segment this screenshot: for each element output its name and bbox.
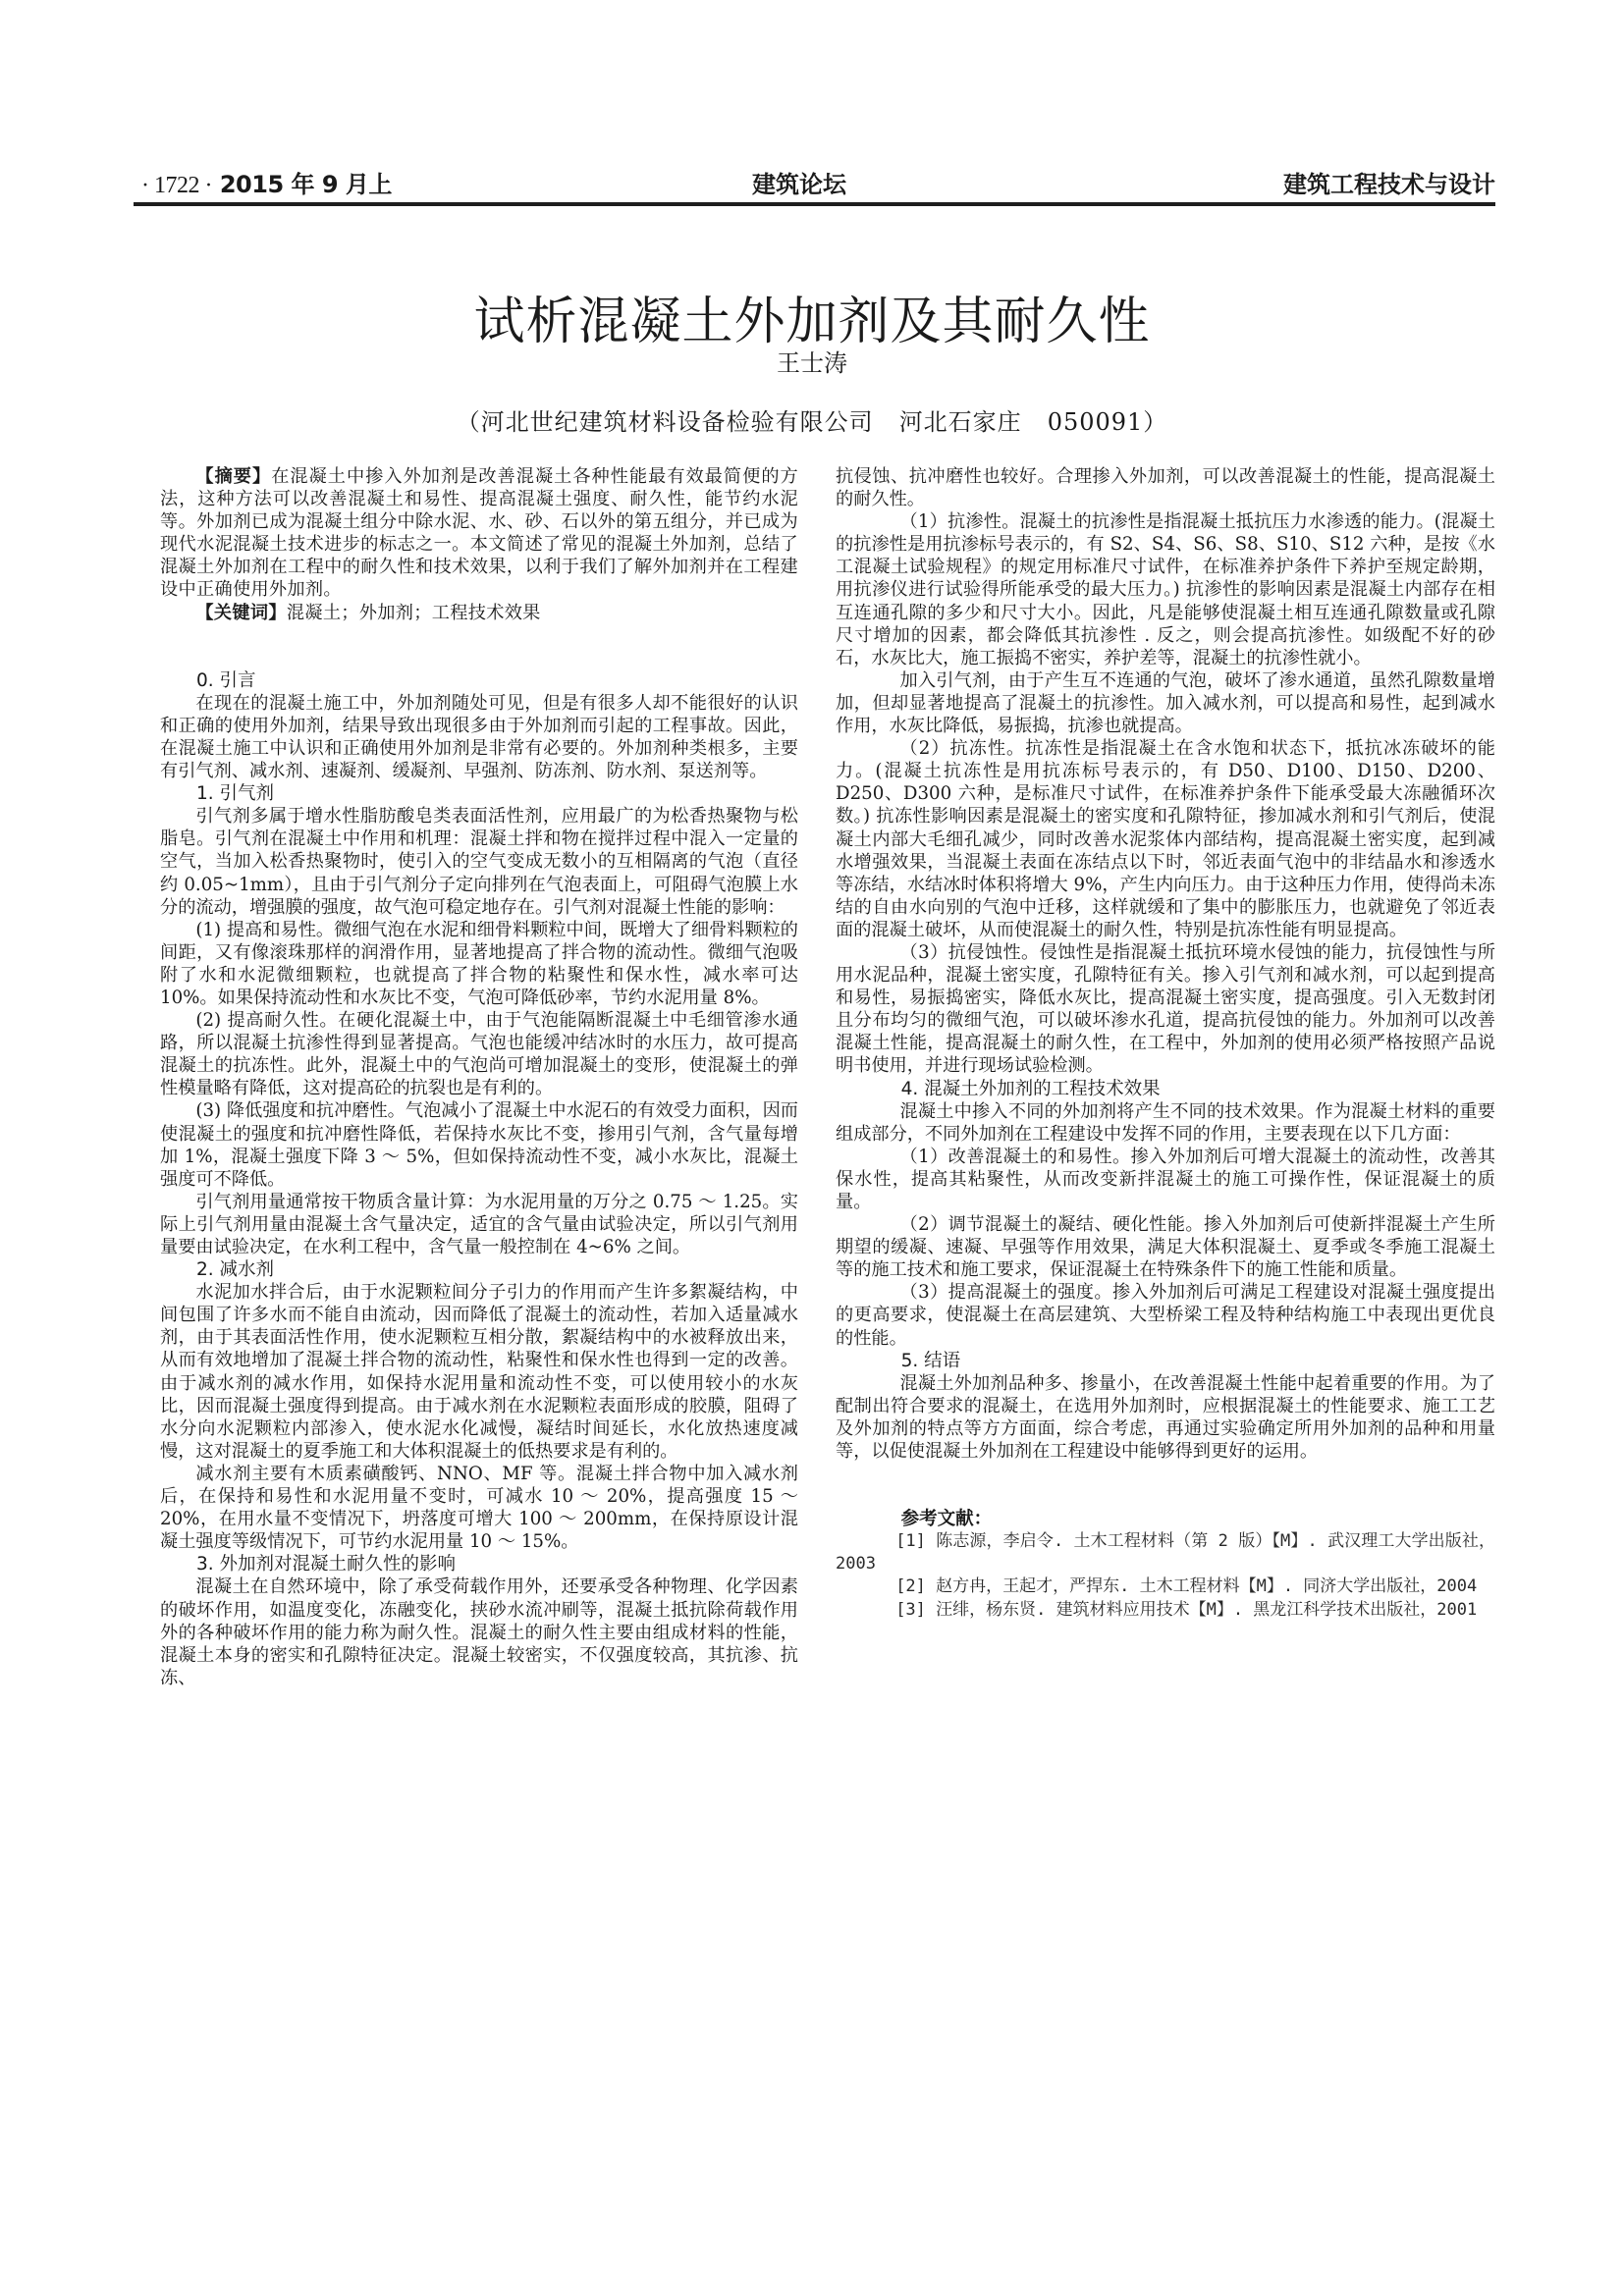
paragraph: （2）调节混凝土的凝结、硬化性能。掺入外加剂后可使新拌混凝土产生所期望的缓凝、速… [836,1213,1495,1281]
affiliation-city: 河北石家庄 [899,402,1022,437]
section-heading: 2. 减水剂 [160,1258,798,1281]
header-page-info: · 1722 · 2015 年 9 月上 [141,165,392,199]
paragraph: 混凝土中掺入不同的外加剂将产生不同的技术效果。作为混凝土材料的重要组成部分，不同… [836,1100,1495,1146]
affiliation-org: （河北世纪建筑材料设备检验有限公司 [457,402,874,437]
paragraph: 水泥加水拌合后，由于水泥颗粒间分子引力的作用而产生许多絮凝结构，中间包围了许多水… [160,1281,798,1463]
spacer [836,1463,1495,1508]
left-column: 【摘要】在混凝土中掺入外加剂是改善混凝土各种性能最有效最简便的方法，这种方法可以… [160,465,798,1689]
paragraph: 混凝土外加剂品种多、掺量小，在改善混凝土性能中起着重要的作用。为了配制出符合要求… [836,1372,1495,1463]
issue-date: 2015 年 9 月上 [220,171,392,198]
section-heading: 3. 外加剂对混凝土耐久性的影响 [160,1553,798,1575]
paragraph-continued: 抗侵蚀、抗冲磨性也较好。合理掺入外加剂，可以改善混凝土的性能，提高混凝土的耐久性… [836,465,1495,510]
affiliation-postcode: 050091） [1048,402,1168,437]
paragraph: 加入引气剂，由于产生互不连通的气泡，破坏了渗水通道，虽然孔隙数量增加，但却显著地… [836,669,1495,737]
paragraph: (3) 降低强度和抗冲磨性。气泡减小了混凝土中水泥石的有效受力面积，因而使混凝土… [160,1099,798,1190]
paragraph: （1）改善混凝土的和易性。掺入外加剂后可增大混凝土的流动性，改善其保水性，提高其… [836,1146,1495,1213]
abstract: 【摘要】在混凝土中掺入外加剂是改善混凝土各种性能最有效最简便的方法，这种方法可以… [160,465,798,602]
spacer [160,624,798,669]
section-heading: 1. 引气剂 [160,782,798,805]
affiliation: （河北世纪建筑材料设备检验有限公司河北石家庄050091） [0,402,1624,437]
section-name: 建筑工程技术与设计 [1283,165,1495,199]
author: 王士涛 [0,344,1624,378]
section-heading: 5. 结语 [836,1350,1495,1372]
keywords-label: 【关键词】 [195,603,286,623]
paragraph: 引气剂多属于增水性脂肪酸皂类表面活性剂，应用最广的为松香热聚物与松脂皂。引气剂在… [160,805,798,918]
header-rule [134,202,1495,206]
article-title: 试析混凝土外加剂及其耐久性 [0,280,1624,353]
paragraph: （1）抗渗性。混凝土的抗渗性是指混凝土抵抗压力水渗透的能力。(混凝土的抗渗性是用… [836,510,1495,669]
paragraph: 减水剂主要有木质素磺酸钙、NNO、MF 等。混凝土拌合物中加入减水剂后，在保持和… [160,1463,798,1553]
paragraph: 在现在的混凝土施工中，外加剂随处可见，但是有很多人却不能很好的认识和正确的使用外… [160,692,798,782]
keywords: 【关键词】混凝土；外加剂；工程技术效果 [160,602,798,624]
section-heading: 4. 混凝土外加剂的工程技术效果 [836,1078,1495,1100]
paragraph: （3）抗侵蚀性。侵蚀性是指混凝土抵抗环境水侵蚀的能力，抗侵蚀性与所用水泥品种，混… [836,941,1495,1078]
right-column: 抗侵蚀、抗冲磨性也较好。合理掺入外加剂，可以改善混凝土的性能，提高混凝土的耐久性… [836,465,1495,1622]
paragraph: 混凝土在自然环境中，除了承受荷载作用外，还要承受各种物理、化学因素的破坏作用，如… [160,1575,798,1688]
keywords-text: 混凝土；外加剂；工程技术效果 [287,603,541,623]
references-heading: 参考文献： [836,1508,1495,1530]
paragraph: （3）提高混凝土的强度。掺入外加剂后可满足工程建设对混凝土强度提出的更高要求，使… [836,1281,1495,1349]
paragraph: (1) 提高和易性。微细气泡在水泥和细骨料颗粒中间，既增大了细骨料颗粒的间距，又… [160,919,798,1009]
reference-item: [2] 赵方冉，王起才，严捍东. 土木工程材料【M】. 同济大学出版社，2004 [836,1575,1495,1598]
journal-name: 建筑论坛 [752,165,846,199]
paragraph: (2) 提高耐久性。在硬化混凝土中，由于气泡能隔断混凝土中毛细管渗水通路，所以混… [160,1009,798,1099]
reference-item: [3] 汪绯，杨东贤. 建筑材料应用技术【M】. 黑龙江科学技术出版社，2001 [836,1599,1495,1622]
section-heading: 0. 引言 [160,669,798,692]
running-header: · 1722 · 2015 年 9 月上 建筑论坛 建筑工程技术与设计 [134,165,1495,196]
page-number: · 1722 · [141,173,212,198]
reference-item: [1] 陈志源，李启令. 土木工程材料（第 2 版）【M】. 武汉理工大学出版社… [836,1530,1495,1575]
abstract-label: 【摘要】 [195,466,271,487]
paragraph: （2）抗冻性。抗冻性是指混凝土在含水饱和状态下，抵抗冰冻破坏的能力。(混凝土抗冻… [836,737,1495,941]
paragraph: 引气剂用量通常按干物质含量计算：为水泥用量的万分之 0.75 ～ 1.25。实际… [160,1191,798,1258]
